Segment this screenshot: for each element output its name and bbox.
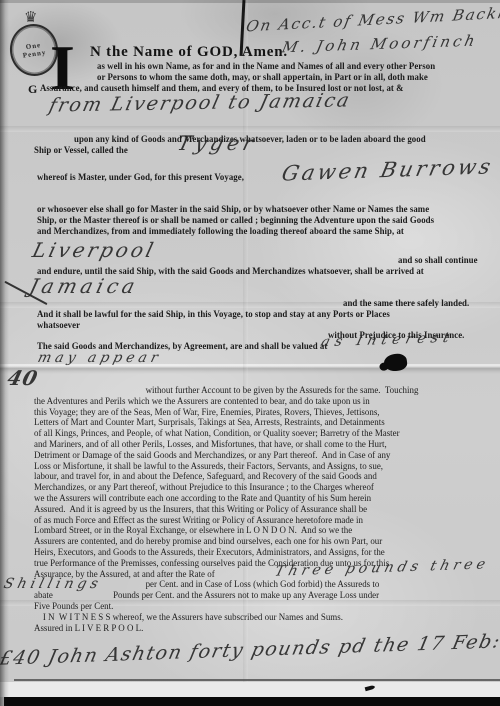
master-line: whereof is Master, under God, for this p… [37,172,244,183]
policy-body-line: Merchandizes, or any Part thereof, witho… [34,483,495,494]
policy-body-line: Letters of Mart and Counter Mart, Surpri… [34,418,495,429]
policy-body-line: I N W I T N E S S whereof, we the Assure… [34,613,495,624]
bottom-rule [14,679,500,681]
policy-body-line: abate Pounds per Cent. and the Assurers … [34,591,495,602]
master-name-entry: Gawen Burrows [280,154,496,185]
policy-body-line: Detriment or Damage of the said Goods an… [34,451,495,462]
policy-body-line: this Voyage; they are of the Seas, Men o… [34,408,495,419]
policy-body-line: labour, and travel for, in and about the… [34,472,495,483]
port-to-entry: Jamaica [27,274,141,298]
valued-at-entry-2: may appear [36,350,164,366]
continue-line: and so shall continue [398,255,478,266]
policy-body-line: Heirs, Executors, and Goods to the Assur… [34,548,495,559]
policy-body-line: Assurers are contented, and do hereby pr… [34,537,495,548]
route-entry: from Liverpool to Jamaica [47,89,353,116]
policy-body-line: Loss or Misfortune, it shall be lawful t… [34,462,495,473]
account-annotation-line1: On Acc.t of Mess Wm Backhse [245,3,500,36]
scan-edge-bar [4,697,500,706]
account-annotation-line2: M. John Moorfinch [280,32,479,57]
policy-body-line: Assured. And it is agreed by us the Insu… [34,505,495,516]
lawful-line: And it shall be lawful for the said Ship… [37,309,390,320]
ship-name-entry: Tyger [175,131,260,155]
valued-at-entry: as Interest [319,330,455,351]
adventure-line: or whosoever else shall go for Master in… [37,204,429,215]
port-from-entry: Liverpool [30,238,159,262]
policy-body-line: Lombard Street, or in the Royal Exchange… [34,526,495,537]
policy-body-line: and Mariners, and of all other Perils, L… [34,440,495,451]
policy-body-line: per Cent. and in Case of Loss (which God… [34,580,495,591]
policy-body-line: we the Assurers will contribute each one… [34,494,495,505]
policy-body-line: Five Pounds per Cent. [34,602,495,613]
scan-left-edge [0,0,9,706]
policy-body-line: the Adventures and Perils which we the A… [34,397,495,408]
adventure-line: and Merchandizes, from and immediately f… [37,226,404,237]
stamp-letter-g: G [28,82,37,97]
opening-line: or Persons to whom the same doth, may, o… [97,72,428,83]
adventure-line: Ship, or the Master thereof is or shall … [37,215,434,226]
opening-line: as well in his own Name, as for and in t… [97,61,435,72]
policy-body-text: without further Account to be given by t… [34,386,500,634]
insurance-policy-scan: ♛ One Penny G On Acc.t of Mess Wm Backhs… [0,0,500,706]
ink-blot [383,352,408,372]
policy-body-line: of as much Force and Effect as the sures… [34,516,495,527]
landed-line: and the same there safely landed. [343,298,469,309]
underwriter-signature: £40 John Ashton forty pounds pd the 17 F… [0,628,500,669]
policy-body-line: without further Account to be given by t… [34,386,495,397]
page-title: N the Name of GOD, Amen. [90,44,288,61]
lawful-line: whatsoever [37,320,80,331]
stamp-text-line2: Penny [22,48,47,59]
scan-top-edge [0,0,500,3]
rate-entry-2: Shillings [2,576,104,592]
scan-margin [0,682,500,697]
policy-body-line: of all Kings, Princes, and People, of wh… [34,429,495,440]
goods-line: Ship or Vessel, called the [34,145,128,156]
